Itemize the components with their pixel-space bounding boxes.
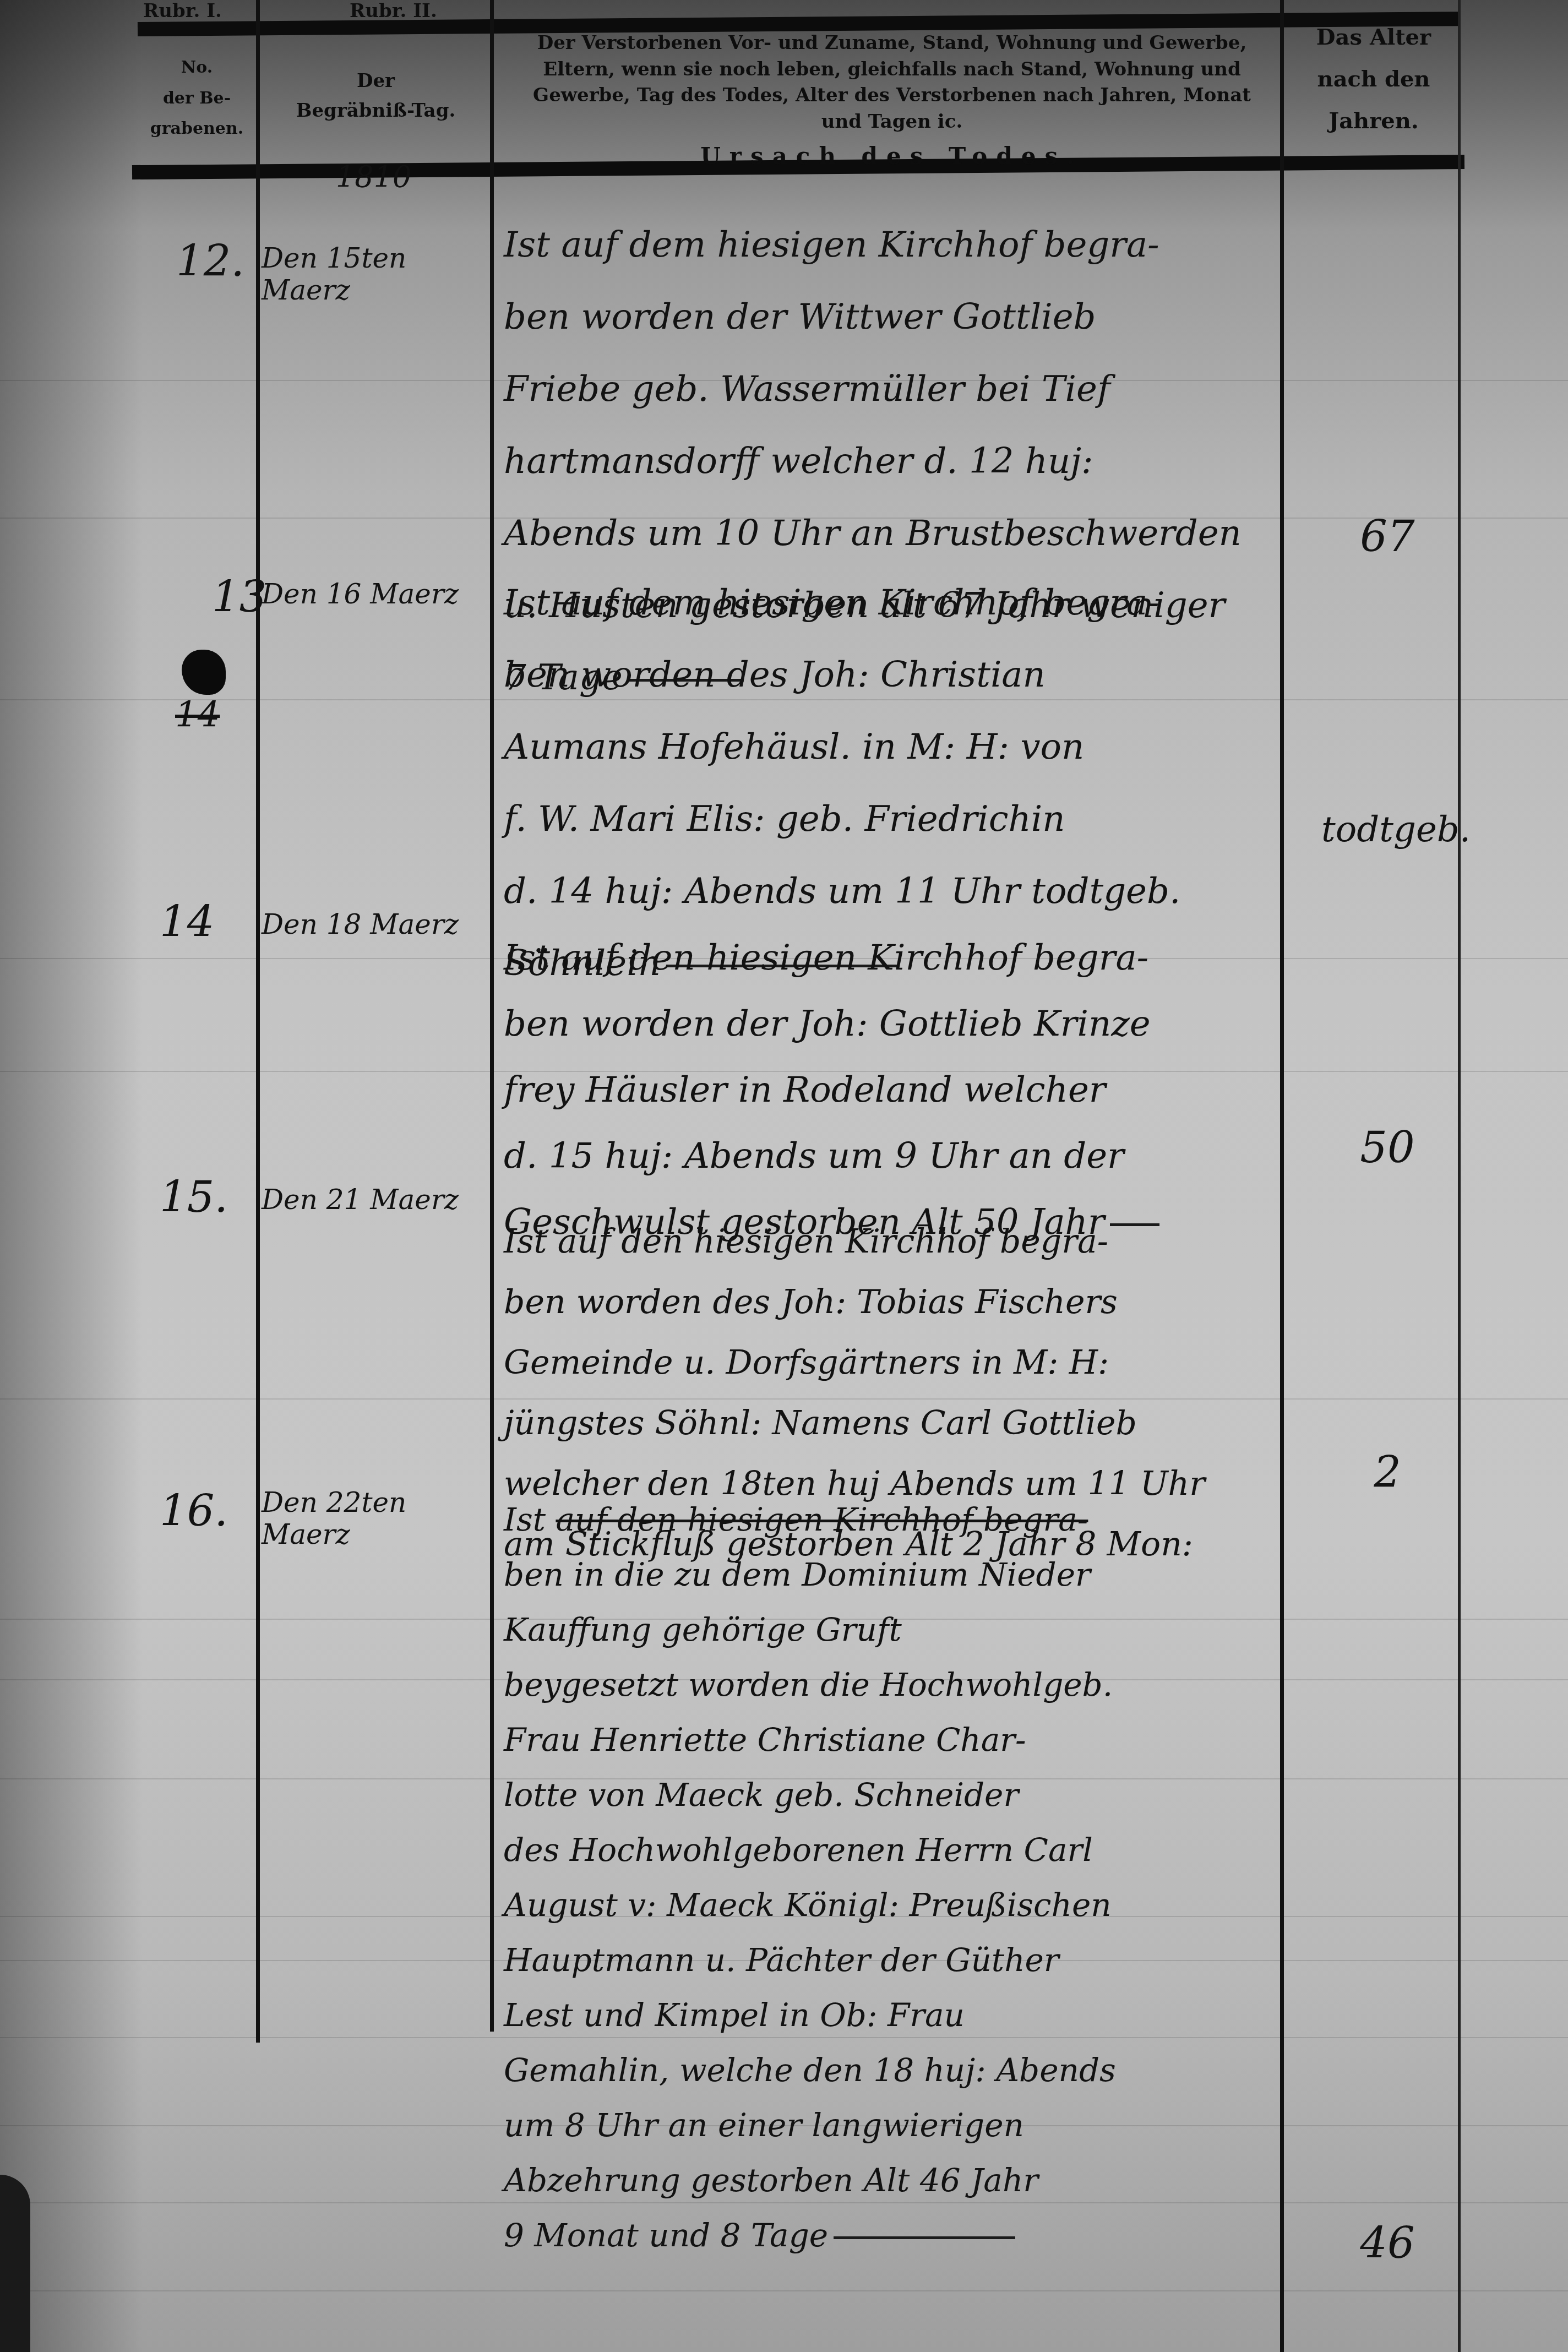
entry-date: Den 18 Maerz [262, 908, 487, 940]
header-year: 1810 [336, 160, 411, 194]
entry-age: 50 [1321, 1123, 1453, 1173]
entry-text-line: Ist [504, 1501, 546, 1538]
header-col2-line: Begräbniß-Tag. [259, 96, 493, 126]
entry-age: 46 [1321, 2219, 1453, 2268]
header-col-burial-date: Der Begräbniß-Tag. [259, 66, 493, 126]
entry-age: 2 [1321, 1448, 1453, 1498]
ink-blot [182, 650, 226, 695]
header-col4-line: Das Alter [1291, 17, 1456, 58]
entry-text-line: ben worden der Joh: Gottlieb Krinze [504, 991, 1280, 1057]
entry-text-line: Abzehrung gestorben Alt 46 Jahr [504, 2153, 1280, 2208]
entry-text-line: Kauffung gehörige Gruft [504, 1602, 1280, 1657]
entry-text-line: hartmansdorff welcher d. 12 huj: [504, 426, 1280, 498]
header-col-deceased-details: Der Verstorbenen Vor- und Zuname, Stand,… [512, 30, 1272, 173]
shadow-left-edge [0, 0, 143, 2352]
entry-age: 67 [1321, 512, 1453, 562]
entry-text-line: Ist auf den hiesigen Kirchhof begra- [504, 925, 1280, 991]
entry-text-line: jüngstes Söhnl: Namens Carl Gottlieb [504, 1393, 1280, 1453]
entry-text-line: Hauptmann u. Pächter der Güther [504, 1932, 1280, 1988]
entry-text-line: Gemahlin, welche den 18 huj: Abends [504, 2043, 1280, 2098]
entry-text-line: um 8 Uhr an einer langwierigen [504, 2098, 1280, 2153]
header-col2-line: Der [259, 66, 493, 96]
entry-text-line: des Hochwohlgeborenen Herrn Carl [504, 1822, 1280, 1877]
entry-text-line: Lest und Kimpel in Ob: Frau [504, 1988, 1280, 2043]
thumb-shadow [0, 2175, 30, 2352]
column-divider-4 [1458, 0, 1461, 2352]
header-col4-line: Jahren. [1291, 100, 1456, 142]
entry-text-line: Ist auf dem hiesigen Kirchhof begra- [504, 209, 1280, 281]
entry-text-line: 9 Monat und 8 Tage [504, 2217, 828, 2254]
entry-number: 13 [212, 573, 266, 622]
entry-text-line: d. 14 huj: Abends um 11 Uhr todtgeb. [504, 856, 1280, 928]
entry-text-line: d. 15 huj: Abends um 9 Uhr an der [504, 1123, 1280, 1189]
column-divider-2 [490, 0, 494, 2032]
entry-text: Ist auf den hiesigen Kirchhof begra- ben… [504, 925, 1280, 1255]
entry-text-line: Gemeinde u. Dorfsgärtners in M: H: [504, 1332, 1280, 1393]
fill-dash [834, 2236, 1015, 2239]
entry-text-line: lotte von Maeck geb. Schneider [504, 1767, 1280, 1822]
entry-text-line: August v: Maeck Königl: Preußischen [504, 1877, 1280, 1932]
header-col1-line: grabenen. [138, 113, 256, 144]
header-col3-cause-of-death: Ursach des Todes. [512, 140, 1272, 173]
header-col-age: Das Alter nach den Jahren. [1291, 17, 1456, 142]
entry-text-line: ben in die zu dem Dominium Nieder [504, 1547, 1280, 1602]
struck-entry-number: 14 [175, 695, 220, 736]
entry-text-line: Ist auf dem hiesigen Kirchhof begra- [504, 567, 1280, 639]
entry-text-line: Aumans Hofehäusl. in M: H: von [504, 711, 1280, 783]
entry-text-line: beygesetzt worden die Hochwohlgeb. [504, 1657, 1280, 1712]
entry-text-line: Friebe geb. Wassermüller bei Tief [504, 353, 1280, 426]
column-divider-3 [1280, 0, 1284, 2352]
register-page: Rubr. I. Rubr. II. No. der Be- grabenen.… [0, 0, 1568, 2352]
header-col3-description: Der Verstorbenen Vor- und Zuname, Stand,… [533, 32, 1251, 133]
entry-text-line: Frau Henriette Christiane Char- [504, 1712, 1280, 1767]
rubric-2-label: Rubr. II. [350, 0, 437, 22]
entry-date: Den 15ten Maerz [262, 242, 487, 306]
entry-text-line: ben worden des Joh: Christian [504, 639, 1280, 711]
struck-text-line: auf den hiesigen Kirchhof begra- [556, 1501, 1088, 1538]
entry-text: Ist auf den hiesigen Kirchhof begra- ben… [504, 1492, 1280, 2263]
entry-date: Den 21 Maerz [262, 1184, 487, 1216]
header-col-burial-number: No. der Be- grabenen. [138, 52, 256, 144]
entry-text-line: Ist auf den hiesigen Kirchhof begra- [504, 1211, 1280, 1272]
column-divider-1 [256, 0, 260, 2043]
entry-date: Den 22ten Maerz [262, 1487, 487, 1550]
header-col4-line: nach den [1291, 58, 1456, 100]
entry-number: 14 [160, 897, 214, 947]
rubric-1-label: Rubr. I. [143, 0, 222, 22]
entry-text-line: f. W. Mari Elis: geb. Friedrichin [504, 783, 1280, 856]
entry-text-line: Abends um 10 Uhr an Brustbeschwerden [504, 498, 1280, 570]
entry-number: 15. [160, 1173, 228, 1222]
entry-number: 12. [176, 237, 244, 286]
entry-number: 16. [160, 1487, 228, 1536]
header-col1-line: der Be- [138, 83, 256, 114]
entry-age: todtgeb. [1321, 809, 1453, 850]
entry-text-line: ben worden des Joh: Tobias Fischers [504, 1272, 1280, 1332]
entry-text-line: ben worden der Wittwer Gottlieb [504, 281, 1280, 353]
entry-text-line: frey Häusler in Rodeland welcher [504, 1057, 1280, 1123]
entry-date: Den 16 Maerz [262, 578, 487, 610]
header-col1-line: No. [138, 52, 256, 83]
